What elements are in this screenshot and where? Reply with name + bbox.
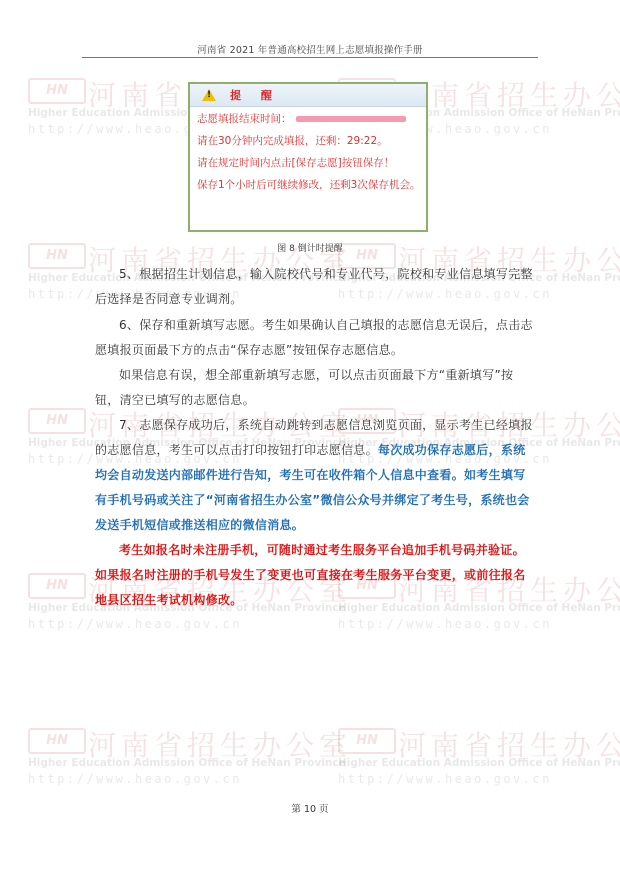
alert-save-line: 请在规定时间内点击[保存志愿]按钮保存！ (197, 157, 426, 169)
redacted-deadline (296, 116, 406, 122)
paragraph-step-6-reset: 如果信息有误，想全部重新填写志愿，可以点击页面最下方“重新填写”按钮，清空已填写… (95, 363, 535, 413)
watermark: HN 河南省招生办公室 Higher Education Admission O… (330, 728, 580, 792)
alert-countdown-line: 请在30分钟内完成填报，还剩：29:22。 (197, 135, 426, 147)
warning-icon (202, 89, 216, 101)
alert-chances-line: 保存1个小时后可继续修改，还剩3次保存机会。 (197, 179, 426, 191)
figure-caption: 图 8 倒计时提醒 (0, 241, 620, 254)
watermark-logo: HN (28, 78, 86, 104)
paragraph-step-6: 6、保存和重新填写志愿。考生如果确认自己填报的志愿信息无误后，点击志愿填报页面最… (95, 313, 535, 363)
alert-title-bar: 提 醒 (190, 84, 426, 107)
watermark: HN 河南省招生办公室 Higher Education Admission O… (20, 728, 270, 792)
countdown-alert-box: 提 醒 志愿填报结束时间： 请在30分钟内完成填报，还剩：29:22。 请在规定… (188, 82, 428, 232)
header-divider (82, 57, 538, 58)
page-header: 河南省 2021 年普通高校招生网上志愿填报操作手册 (82, 42, 538, 56)
alert-title: 提 醒 (230, 87, 280, 103)
page-number: 第 10 页 (0, 801, 620, 815)
alert-deadline-line: 志愿填报结束时间： (197, 113, 426, 125)
paragraph-step-7: 7、志愿保存成功后，系统自动跳转到志愿信息浏览页面，显示考生已经填报的志愿信息，… (95, 413, 535, 538)
paragraph-step-5: 5、根据招生计划信息，输入院校代号和专业代号，院校和专业信息填写完整后选择是否同… (95, 262, 535, 312)
phone-registration-note: 考生如报名时未注册手机，可随时通过考生服务平台追加手机号码并验证。如果报名时注册… (95, 538, 535, 613)
